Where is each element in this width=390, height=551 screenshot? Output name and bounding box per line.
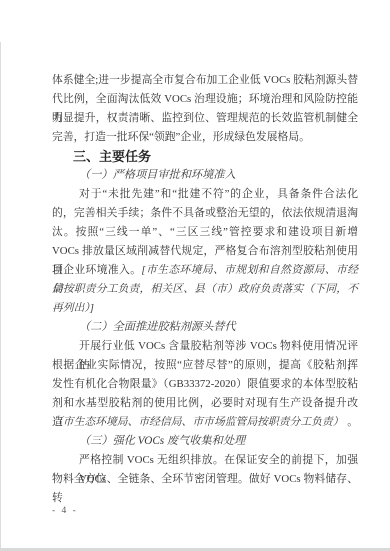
section-heading: 三、主要任务 <box>52 147 358 166</box>
text-line: 目企业环境准入。[市生态环境局、市规划和自然资源局、市经信 <box>52 261 358 280</box>
scan-left-edge <box>0 42 1 551</box>
text-line: 汰。按照“三线一单”、“三区三线”管控要求和建设项目新增 <box>52 223 358 242</box>
text-line: 严格控制 VOCs 无组织排放。在保证安全的前提下，加强 VOCs <box>52 451 358 470</box>
text-line: VOCs 排放量区域削减替代规定，严格复合布溶剂型胶粘剂使用项 <box>52 242 358 261</box>
text-line: 体系健全;进一步提高全市复合布加工企业低 VOCs 胶粘剂源头替 <box>52 71 358 90</box>
text-line: 明显提升，权责清晰、监控到位、管理规范的长效监管机制健全 <box>52 109 358 128</box>
text-line: 开展行业低 VOCs 含量胶粘剂等涉 VOCs 物料使用情况评估， <box>52 337 358 356</box>
text-line: 完善，打造一批环保“领跑”企业，形成绿色发展格局。 <box>52 128 358 147</box>
responsibility-note: 再列出）] <box>52 299 358 318</box>
text-line: 的，完善相关手续；条件不具备或整治无望的，依法依规清退淘 <box>52 204 358 223</box>
text-line: 发性有机化合物限量》（GB33372-2020）限值要求的本体型胶粘 <box>52 375 358 394</box>
scanned-document-page: 体系健全;进一步提高全市复合布加工企业低 VOCs 胶粘剂源头替 代比例，全面淘… <box>0 0 390 551</box>
text-line: 代比例，全面淘汰低效 VOCs 治理设施；环境治理和风险防控能力 <box>52 90 358 109</box>
responsibility-note: 局按职责分工负责，相关区、县（市）政府负责落实（下同，不 <box>52 280 358 299</box>
text-line: 根据企业实际情况，按照“应替尽替”的原则，提高《胶粘剂挥 <box>52 356 358 375</box>
subsection-heading: （二）全面推进胶粘剂源头替代 <box>52 318 358 337</box>
text-segment: 目企业环境准入。 <box>52 264 141 276</box>
page-body: 体系健全;进一步提高全市复合布加工企业低 VOCs 胶粘剂源头替 代比例，全面淘… <box>52 71 358 489</box>
text-line: 剂和水基型胶粘剂的使用比例，必要时对现有生产设备提升改造。 <box>52 394 358 413</box>
page-number: - 4 - <box>52 505 78 517</box>
responsibility-note: （市生态环境局、市经信局、市市场监管局按职责分工负责） <box>52 413 358 432</box>
subsection-heading: （一）严格项目审批和环境准入 <box>52 166 358 185</box>
subsection-heading: （三）强化 VOCs 废气收集和处理 <box>52 432 358 451</box>
text-line: 物料全方位、全链条、全环节密闭管理。做好 VOCs 物料储存、转 <box>52 470 358 489</box>
text-line: 对于“未批先建”和“批建不符”的企业，具备条件合法化 <box>52 185 358 204</box>
